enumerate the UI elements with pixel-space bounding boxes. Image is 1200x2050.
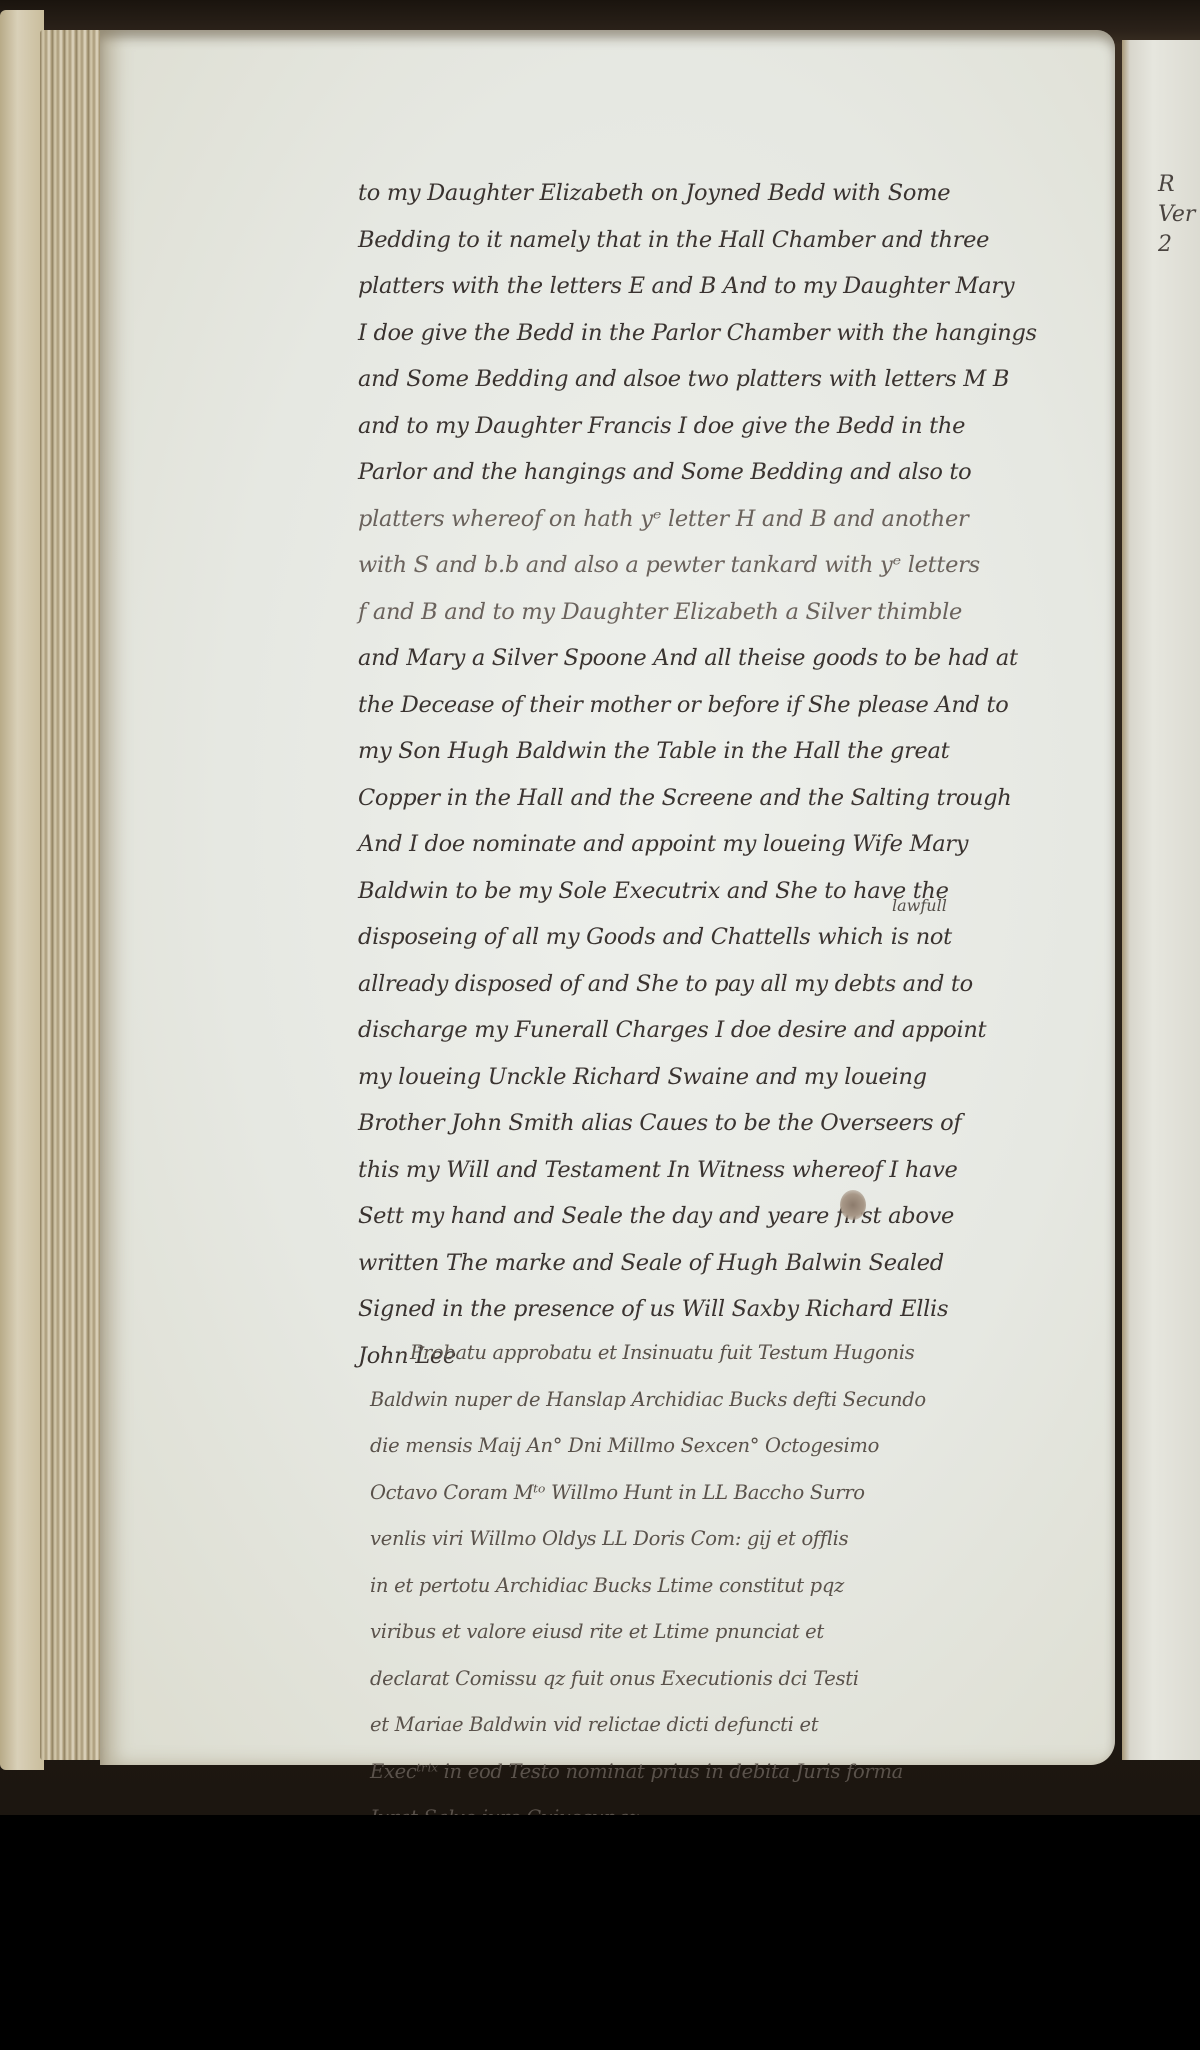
- probate-line: et Mariae Baldwin vid relictae dicti def…: [370, 1702, 1090, 1749]
- will-line: Sett my hand and Seale the day and yeare…: [358, 1193, 1088, 1240]
- ink-blot: [840, 1190, 866, 1220]
- will-line: platters with the letters E and B And to…: [358, 263, 1088, 310]
- probate-line: Octavo Coram Mᵗᵒ Willmo Hunt in LL Bacch…: [370, 1470, 1090, 1517]
- page-stack-edge: [40, 30, 102, 1760]
- will-line: to my Daughter Elizabeth on Joyned Bedd …: [358, 170, 1088, 217]
- probate-line: viribus et valore eiusd rite et Ltime pn…: [370, 1609, 1090, 1656]
- will-line: written The marke and Seale of Hugh Balw…: [358, 1240, 1088, 1287]
- will-line: f and B and to my Daughter Elizabeth a S…: [358, 589, 1088, 636]
- will-line: and to my Daughter Francis I doe give th…: [358, 403, 1088, 450]
- will-line: the Decease of their mother or before if…: [358, 682, 1088, 729]
- will-line: Signed in the presence of us Will Saxby …: [358, 1286, 1088, 1333]
- will-line: Brother John Smith alias Caues to be the…: [358, 1100, 1088, 1147]
- will-line: Parlor and the hangings and Some Bedding…: [358, 449, 1088, 496]
- will-line: this my Will and Testament In Witness wh…: [358, 1147, 1088, 1194]
- will-line: Copper in the Hall and the Screene and t…: [358, 775, 1088, 822]
- probate-clause: Probatu approbatu et Insinuatu fuit Test…: [410, 1330, 1090, 1842]
- will-line: Baldwin to be my Sole Executrix and She …: [358, 868, 1088, 915]
- will-line: and Some Bedding and alsoe two platters …: [358, 356, 1088, 403]
- margin-note-line: 2: [1158, 230, 1195, 260]
- will-line: with S and b.b and also a pewter tankard…: [358, 542, 1088, 589]
- facing-page-margin-note: R Ver 2: [1158, 170, 1195, 260]
- probate-line: declarat Comissu qz fuit onus Executioni…: [370, 1656, 1090, 1703]
- will-line: Bedding to it namely that in the Hall Ch…: [358, 217, 1088, 264]
- book-spine-edge: [0, 10, 44, 1770]
- probate-line: die mensis Maij An° Dni Millmo Sexcen° O…: [370, 1423, 1090, 1470]
- probate-line: Probatu approbatu et Insinuatu fuit Test…: [410, 1330, 1090, 1377]
- will-line: my loueing Unckle Richard Swaine and my …: [358, 1054, 1088, 1101]
- black-bottom-band: [0, 1815, 1200, 2050]
- will-line: my Son Hugh Baldwin the Table in the Hal…: [358, 728, 1088, 775]
- will-line: and Mary a Silver Spoone And all theise …: [358, 635, 1088, 682]
- will-line: And I doe nominate and appoint my louein…: [358, 821, 1088, 868]
- will-line: discharge my Funerall Charges I doe desi…: [358, 1007, 1088, 1054]
- will-line: I doe give the Bedd in the Parlor Chambe…: [358, 310, 1088, 357]
- will-line: platters whereof on hath yᵉ letter H and…: [358, 496, 1088, 543]
- manuscript-scan: R Ver 2 to my Daughter Elizabeth on Joyn…: [0, 0, 1200, 1815]
- probate-line: venlis viri Willmo Oldys LL Doris Com: g…: [370, 1516, 1090, 1563]
- probate-line: Baldwin nuper de Hanslap Archidiac Bucks…: [370, 1377, 1090, 1424]
- probate-line: Execᵗʳⁱˣ in eod Testo nominat prius in d…: [370, 1749, 1090, 1796]
- facing-page-edge: [1122, 40, 1200, 1760]
- margin-note-line: R: [1158, 170, 1195, 200]
- will-line: allready disposed of and She to pay all …: [358, 961, 1088, 1008]
- will-text: to my Daughter Elizabeth on Joyned Bedd …: [358, 170, 1088, 1379]
- will-line: disposeing of all my Goods and Chattells…: [358, 914, 1088, 961]
- margin-note-line: Ver: [1158, 200, 1195, 230]
- probate-line: in et pertotu Archidiac Bucks Ltime cons…: [370, 1563, 1090, 1610]
- interlinear-insertion: lawfull: [892, 896, 947, 915]
